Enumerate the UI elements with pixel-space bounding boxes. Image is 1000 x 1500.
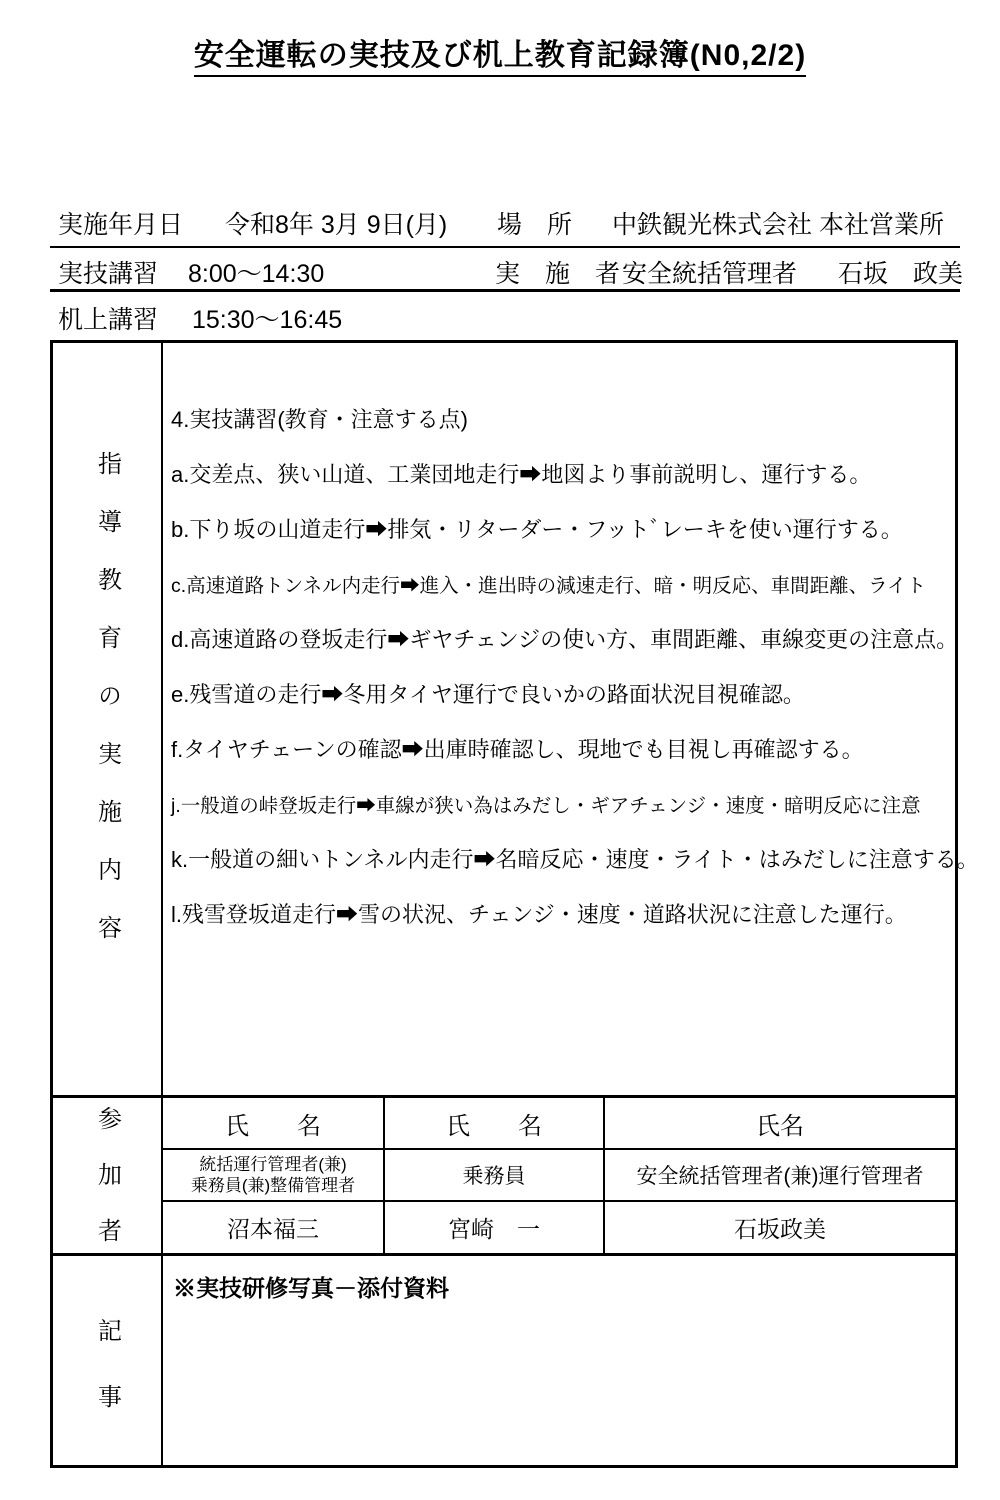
- date-value: 令和8年 3月 9日(月): [225, 205, 447, 241]
- participant-col1-header: 氏 名: [163, 1098, 385, 1150]
- notes-section: 記事 ※実技研修写真－添付資料: [53, 1253, 955, 1465]
- participant-col3-role: 安全統括管理者(兼)運行管理者: [605, 1150, 955, 1202]
- instructor-name: 石坂 政美: [838, 254, 963, 290]
- desk-time: 15:30～16:45: [192, 300, 342, 336]
- practical-label: 実技講習: [58, 254, 158, 290]
- guidance-item-d: d.高速道路の登坂走行➡ギヤチェンジの使い方、車間距離、車線変更の注意点。: [171, 623, 979, 678]
- participant-col2-name: 宮崎 一: [385, 1202, 605, 1253]
- guidance-item-f: f.タイヤチェーンの確認➡出庫時確認し、現地でも目視し再確認する。: [171, 733, 979, 788]
- record-table: 指導教育の実施内容 4.実技講習(教育・注意する点) a.交差点、狭い山道、工業…: [50, 340, 958, 1468]
- participants-section: 参加者 氏 名 氏 名 氏名 統括運行管理者(兼) 乗務員(兼)整備管理者 乗務…: [53, 1095, 955, 1253]
- notes-text: ※実技研修写真－添付資料: [163, 1256, 955, 1465]
- practical-time: 8:00～14:30: [188, 254, 324, 290]
- participant-col1-role-line1: 統括運行管理者(兼): [199, 1154, 346, 1175]
- instructor-title: 安全統括管理者: [622, 254, 797, 290]
- guidance-item-c: c.高速道路トンネル内走行➡進入・進出時の減速走行、暗・明反応、車間距離、ライト: [171, 568, 979, 623]
- desk-label: 机上講習: [58, 300, 158, 336]
- participant-col1-role: 統括運行管理者(兼) 乗務員(兼)整備管理者: [163, 1150, 385, 1202]
- notes-side-cell: 記事: [53, 1256, 163, 1465]
- participant-col3-name: 石坂政美: [605, 1202, 955, 1253]
- date-label: 実施年月日: [58, 205, 183, 241]
- participants-side-label: 参加者: [90, 1098, 125, 1253]
- guidance-item-e: e.残雪道の走行➡冬用タイヤ運行で良いかの路面状況目視確認。: [171, 678, 979, 733]
- header-divider-1: [50, 246, 960, 248]
- guidance-body: 4.実技講習(教育・注意する点) a.交差点、狭い山道、工業団地走行➡地図より事…: [163, 343, 981, 1095]
- place-label: 場 所: [497, 205, 572, 241]
- guidance-side-label: 指導教育の実施内容: [90, 343, 125, 1095]
- participant-col1-role-line2: 乗務員(兼)整備管理者: [191, 1175, 355, 1196]
- guidance-item-a: a.交差点、狭い山道、工業団地走行➡地図より事前説明し、運行する。: [171, 458, 979, 513]
- guidance-item-k: k.一般道の細いトンネル内走行➡名暗反応・速度・ライト・はみだしに注意する。: [171, 843, 979, 898]
- place-value: 中鉄観光株式会社 本社営業所: [612, 205, 944, 241]
- document-title: 安全運転の実技及び机上教育記録簿(N0,2/2): [0, 30, 1000, 74]
- header-divider-2: [50, 289, 960, 292]
- guidance-section: 指導教育の実施内容 4.実技講習(教育・注意する点) a.交差点、狭い山道、工業…: [53, 343, 955, 1095]
- guidance-item-l: l.残雪登坂道走行➡雪の状況、チェンジ・速度・道路状況に注意した運行。: [171, 898, 979, 953]
- header-row-practical: 実技講習 8:00～14:30 実 施 者 安全統括管理者 石坂 政美: [0, 254, 1000, 294]
- participants-side-cell: 参加者: [53, 1098, 163, 1253]
- guidance-item-j: j.一般道の峠登坂走行➡車線が狭い為はみだし・ギアチェンジ・速度・暗明反応に注意: [171, 788, 979, 843]
- participant-col2-role: 乗務員: [385, 1150, 605, 1202]
- participant-col1-name: 沼本福三: [163, 1202, 385, 1253]
- notes-side-label: 記事: [90, 1256, 125, 1465]
- header-row-date: 実施年月日 令和8年 3月 9日(月) 場 所 中鉄観光株式会社 本社営業所: [0, 205, 1000, 245]
- guidance-heading: 4.実技講習(教育・注意する点): [171, 403, 979, 458]
- header-row-desk: 机上講習 15:30～16:45: [0, 300, 1000, 340]
- document-page: 安全運転の実技及び机上教育記録簿(N0,2/2) 実施年月日 令和8年 3月 9…: [0, 0, 1000, 1500]
- participant-col3-header: 氏名: [605, 1098, 955, 1150]
- instructor-label: 実 施 者: [495, 254, 620, 290]
- guidance-side-cell: 指導教育の実施内容: [53, 343, 163, 1095]
- guidance-item-b: b.下り坂の山道走行➡排気・リターダー・フットﾞレーキを使い運行する。: [171, 513, 979, 568]
- document-title-text: 安全運転の実技及び机上教育記録簿(N0,2/2): [194, 39, 806, 77]
- participant-col2-header: 氏 名: [385, 1098, 605, 1150]
